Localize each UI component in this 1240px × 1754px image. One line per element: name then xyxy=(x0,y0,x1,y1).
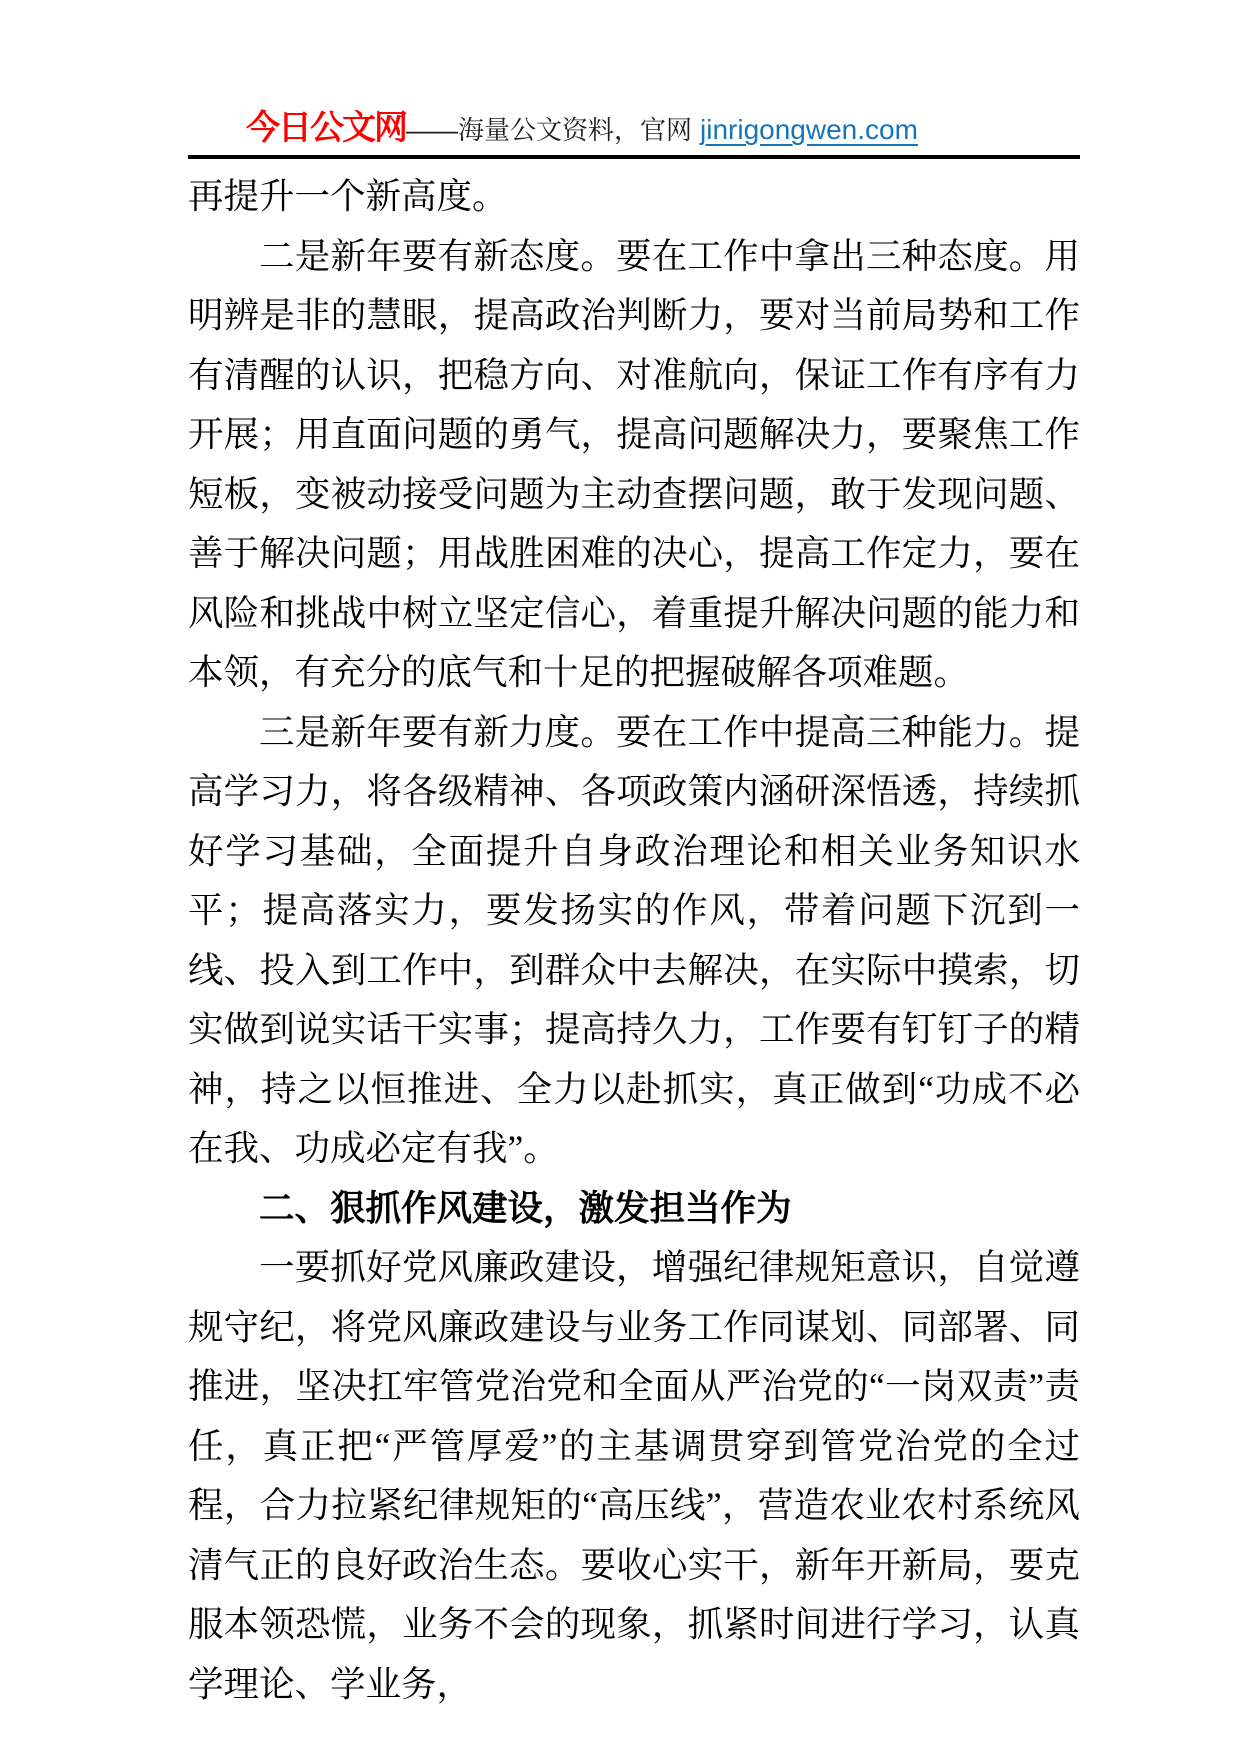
site-logo: 今日公文网 xyxy=(246,100,406,149)
site-url-link[interactable]: jinrigongwen.com xyxy=(700,114,918,146)
paragraph-continuation: 再提升一个新高度。 xyxy=(188,167,1080,227)
document-body: 再提升一个新高度。 二是新年要有新态度。要在工作中拿出三种态度。用明辨是非的慧眼… xyxy=(188,167,1080,1714)
document-page: 今日公文网 ——海量公文资料，官网 jinrigongwen.com 再提升一个… xyxy=(0,0,1240,1754)
site-header-row: 今日公文网 ——海量公文资料，官网 jinrigongwen.com xyxy=(188,0,1080,149)
site-header: 今日公文网 ——海量公文资料，官网 jinrigongwen.com xyxy=(188,0,1080,159)
paragraph: 三是新年要有新力度。要在工作中提高三种能力。提高学习力，将各级精神、各项政策内涵… xyxy=(188,703,1080,1179)
section-heading: 二、狠抓作风建设，激发担当作为 xyxy=(188,1179,1080,1239)
header-divider-rule xyxy=(188,155,1080,159)
paragraph: 二是新年要有新态度。要在工作中拿出三种态度。用明辨是非的慧眼，提高政治判断力，要… xyxy=(188,227,1080,703)
site-tagline: ——海量公文资料，官网 xyxy=(406,110,692,147)
paragraph: 一要抓好党风廉政建设，增强纪律规矩意识，自觉遵规守纪，将党风廉政建设与业务工作同… xyxy=(188,1238,1080,1714)
